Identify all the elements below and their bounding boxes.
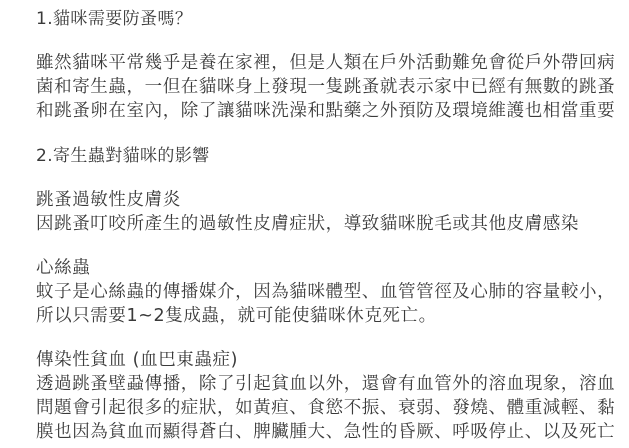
anemia-line-3: 膜也因為貧血而顯得蒼白、脾臟腫大、急性的昏厥、呼吸停止、以及死亡: [36, 420, 615, 444]
anemia-line-1: 透過跳蚤壁蝨傳播，除了引起貧血以外，還會有血管外的溶血現象，溶血: [36, 372, 615, 396]
flea-allergy-line-1: 因跳蚤叮咬所產生的過敏性皮膚症狀，導致貓咪脫毛或其他皮膚感染: [36, 212, 579, 236]
section1-paragraph-line-3: 和跳蚤卵在室內，除了讓貓咪洗澡和點藥之外預防及環境維護也相當重要: [36, 99, 615, 123]
section1-paragraph-line-1: 雖然貓咪平常幾乎是養在家裡，但是人類在戶外活動難免會從戶外帶回病: [36, 51, 615, 75]
anemia-line-2: 問題會引起很多的症狀，如黃疸、食慾不振、衰弱、發燒、體重減輕、黏: [36, 396, 615, 420]
section1-title: 1.貓咪需要防蚤嗎？: [36, 7, 192, 31]
heartworm-title: 心絲蟲: [36, 256, 90, 280]
heartworm-line-1: 蚊子是心絲蟲的傳播媒介，因為貓咪體型、血管管徑及心肺的容量較小，: [36, 280, 615, 304]
anemia-title: 傳染性貧血 (血巴東蟲症): [36, 348, 238, 372]
section2-title: 2.寄生蟲對貓咪的影響: [36, 144, 210, 168]
section1-paragraph-line-2: 菌和寄生蟲，一但在貓咪身上發現一隻跳蚤就表示家中已經有無數的跳蚤: [36, 75, 615, 99]
heartworm-line-2: 所以只需要1~2隻成蟲，就可能使貓咪休克死亡。: [36, 304, 437, 328]
flea-allergy-title: 跳蚤過敏性皮膚炎: [36, 188, 181, 212]
